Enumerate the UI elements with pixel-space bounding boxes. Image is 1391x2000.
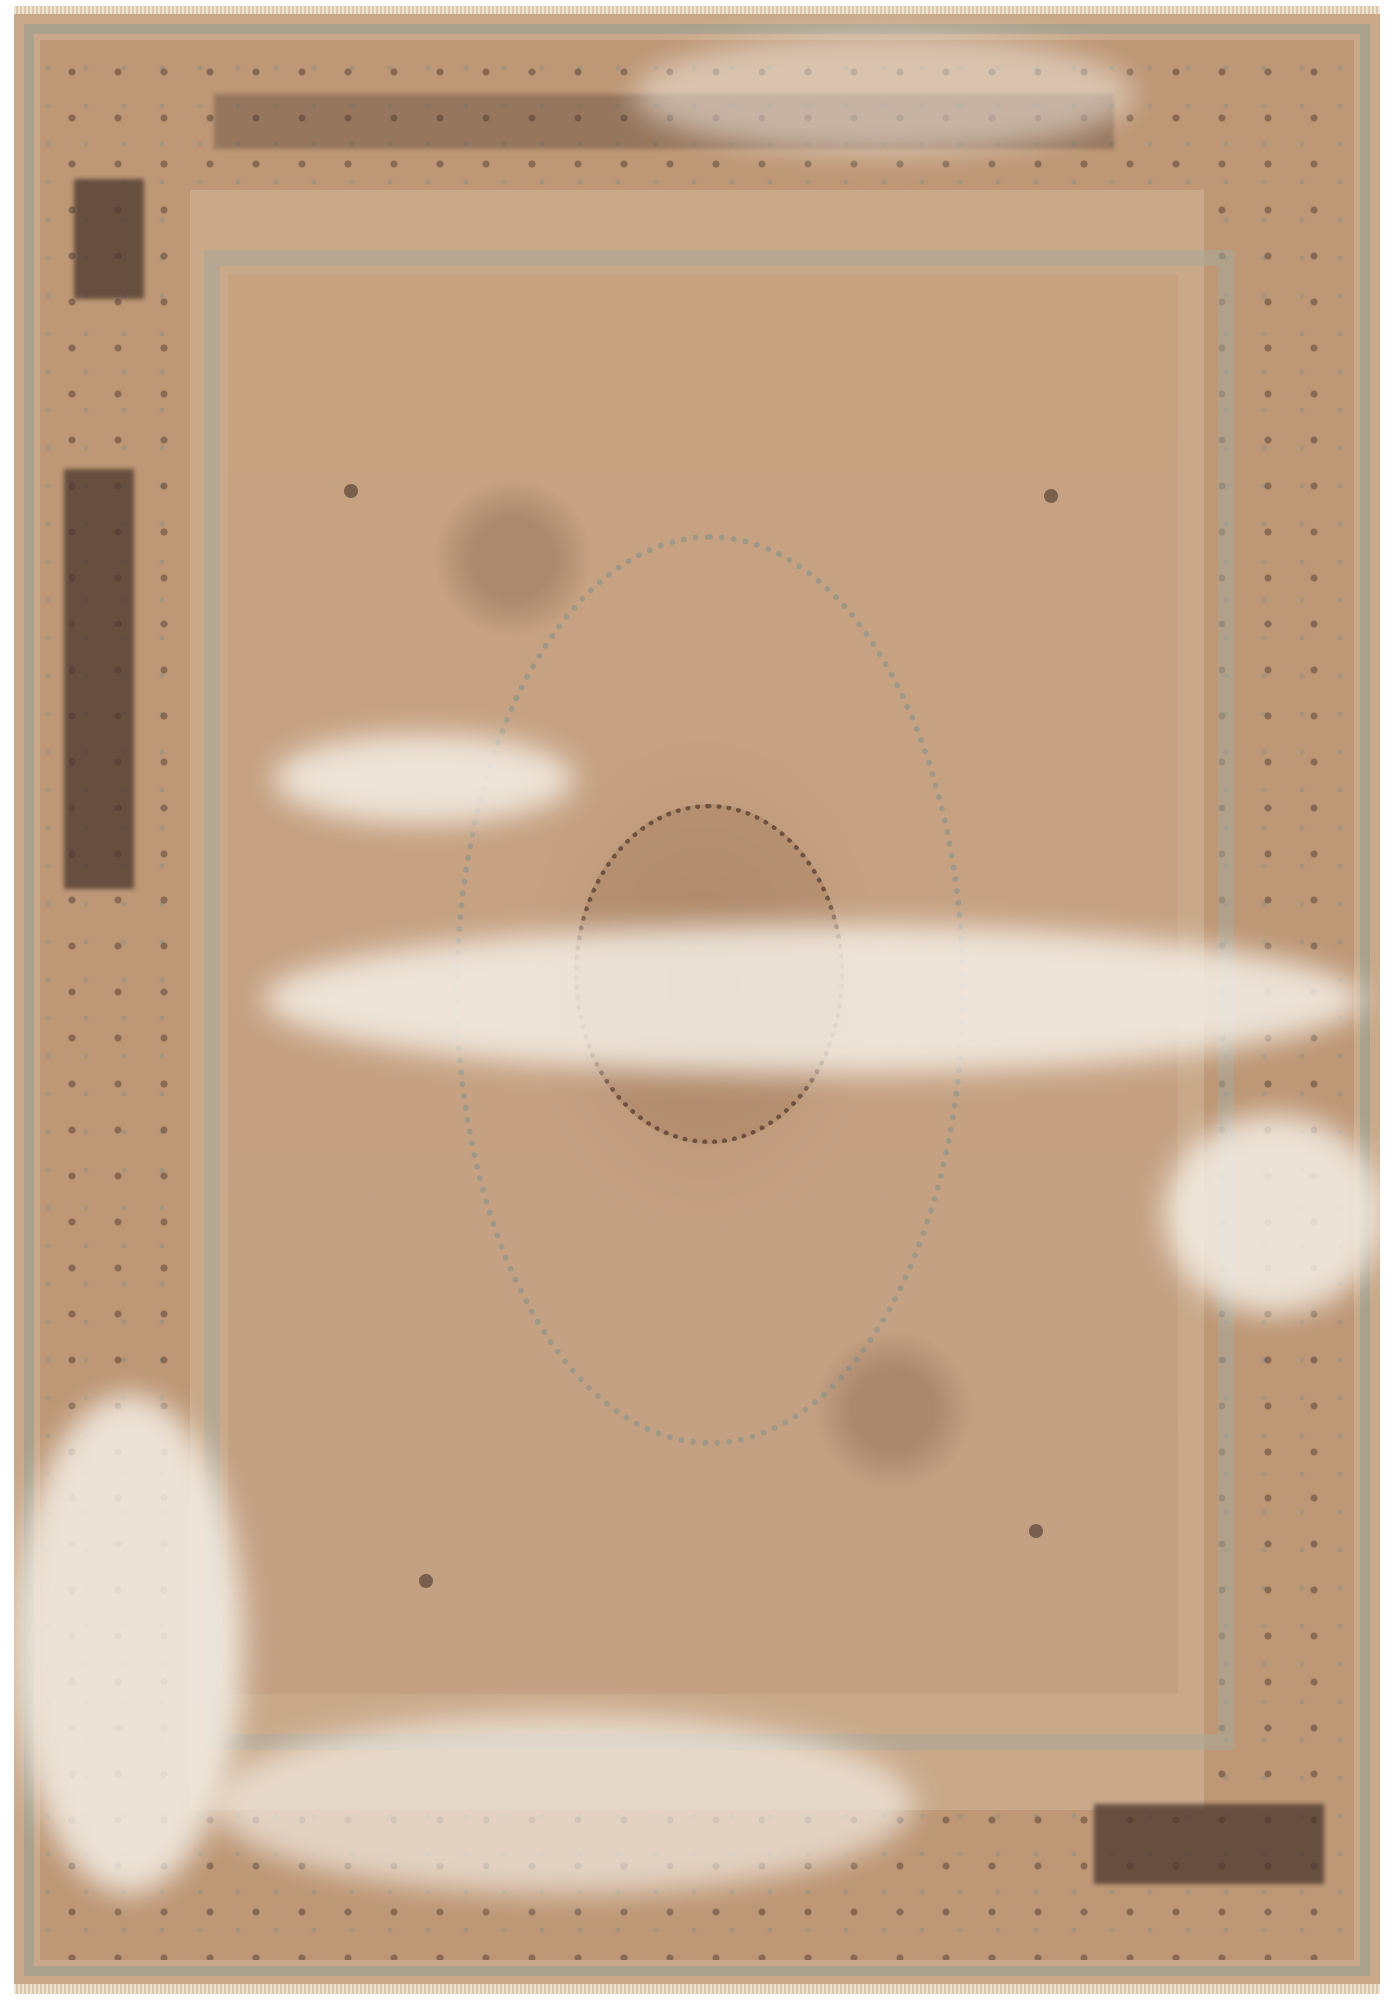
rosette-motif	[419, 1574, 433, 1588]
left-border-dark-cartouche	[64, 469, 134, 889]
worn-patch-left	[14, 1394, 244, 1894]
rug-photo	[14, 14, 1380, 1986]
worn-patch-right	[1164, 1114, 1380, 1314]
rosette-motif	[344, 484, 358, 498]
bottom-right-dark-cartouche	[1094, 1804, 1324, 1884]
worn-patch-center	[264, 924, 1364, 1074]
worn-patch-bottom	[214, 1714, 914, 1894]
worn-patch-top	[634, 34, 1134, 154]
rosette-motif	[1044, 489, 1058, 503]
worn-patch-upper-left	[274, 734, 574, 824]
bottom-fringe	[14, 1984, 1380, 1994]
rosette-motif	[1029, 1524, 1043, 1538]
top-left-dark-cartouche	[74, 179, 144, 299]
